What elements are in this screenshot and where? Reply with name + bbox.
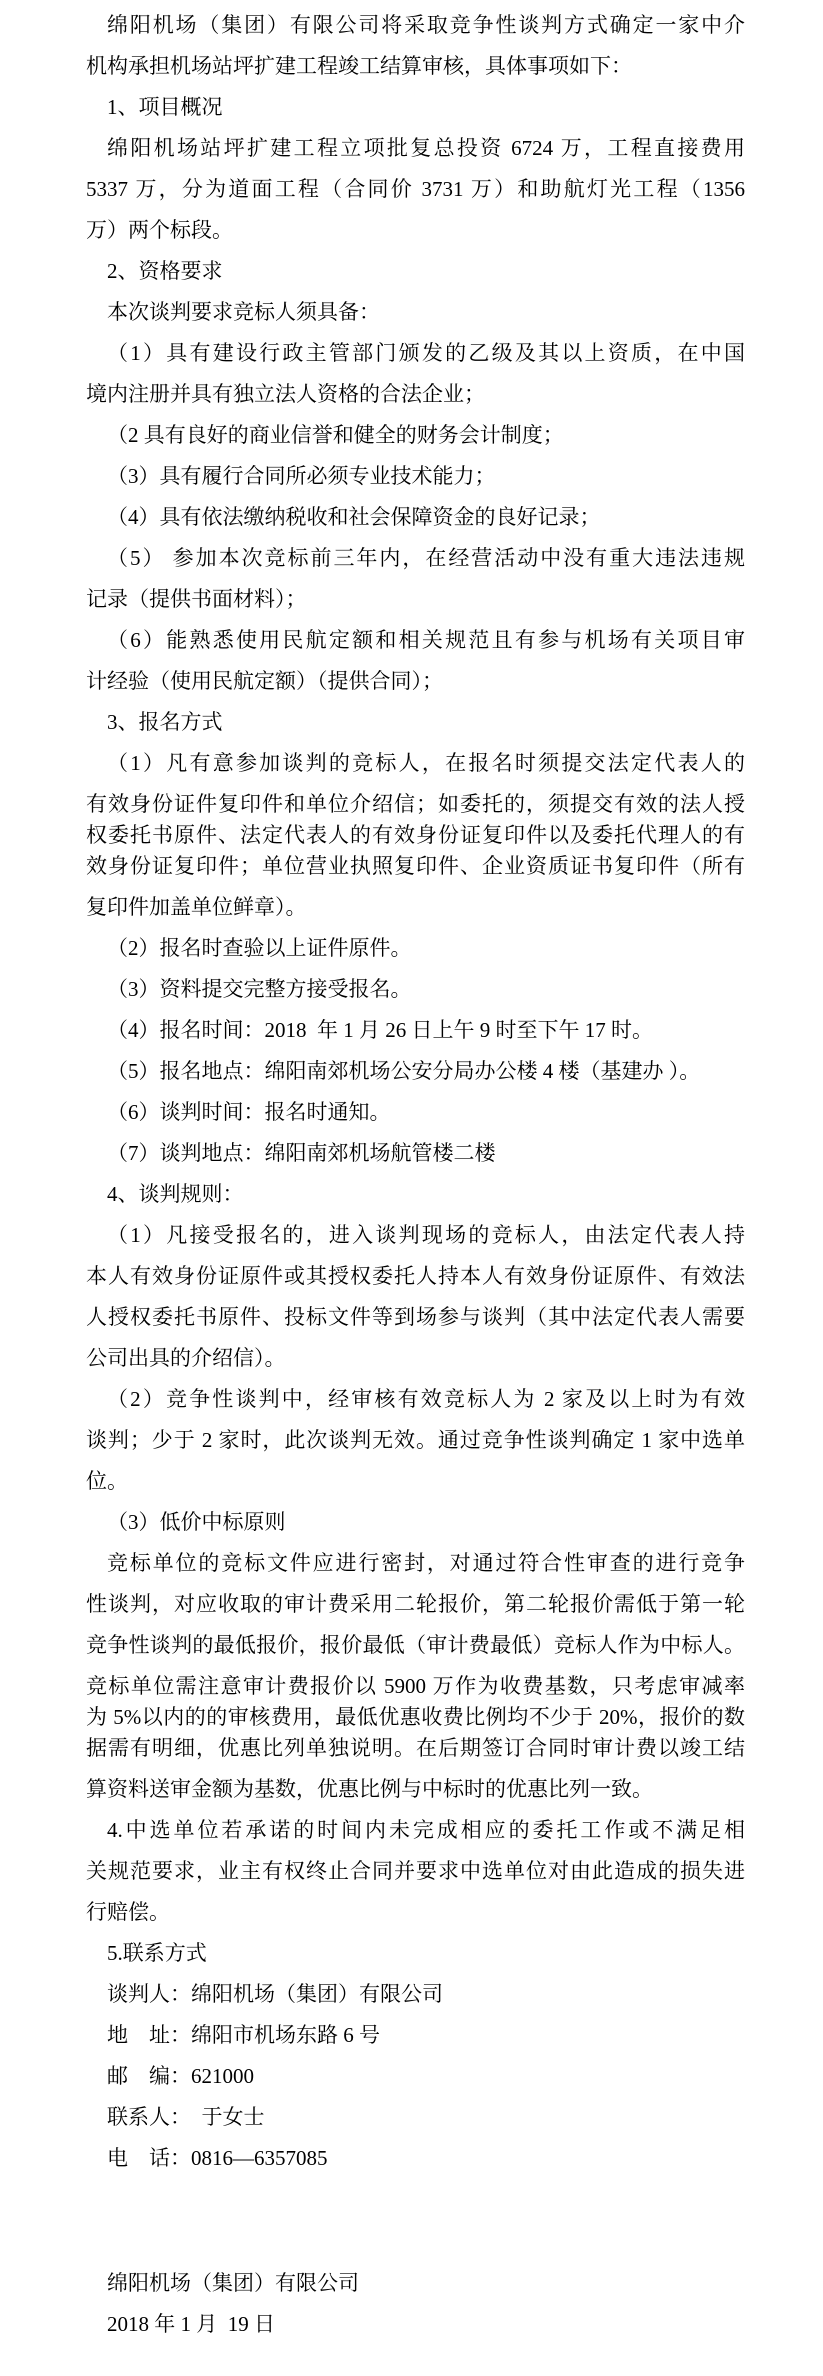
text-line: 4.中选单位若承诺的时间内未完成相应的委托工作或不满足相 [86, 1810, 745, 1851]
text-line: 绵阳机场（集团）有限公司 [86, 2263, 745, 2304]
text-line: 电 话：0816—6357085 [86, 2138, 745, 2179]
text-line: 万）两个标段。 [86, 210, 745, 251]
text-line: 谈判人：绵阳机场（集团）有限公司 [86, 1974, 745, 2015]
text-line: 绵阳机场（集团）有限公司将采取竞争性谈判方式确定一家中介 [86, 5, 745, 46]
text-line: 性谈判，对应收取的审计费采用二轮报价，第二轮报价需低于第一轮 [86, 1584, 745, 1625]
text-line: （3）低价中标原则 [86, 1502, 745, 1543]
text-line: （4）报名时间：2018 年 1 月 26 日上午 9 时至下午 17 时。 [86, 1010, 745, 1051]
text-line: 地 址：绵阳市机场东路 6 号 [86, 2015, 745, 2056]
text-line: 机构承担机场站坪扩建工程竣工结算审核，具体事项如下： [86, 46, 745, 87]
text-line: 据需有明细，优惠比列单独说明。在后期签订合同时审计费以竣工结 [86, 1728, 745, 1769]
text-line: 记录（提供书面材料）； [86, 579, 745, 620]
text-line: 3、报名方式 [86, 702, 745, 743]
text-line: 1、项目概况 [86, 87, 745, 128]
text-line: 联系人： 于女士 [86, 2097, 745, 2138]
text-line: 2、资格要求 [86, 251, 745, 292]
text-line: 公司出具的介绍信）。 [86, 1338, 745, 1379]
text-line: 4、谈判规则： [86, 1174, 745, 1215]
text-line: 2018 年 1 月 19 日 [86, 2304, 745, 2345]
text-line: （4）具有依法缴纳税收和社会保障资金的良好记录； [86, 497, 745, 538]
text-line: （3）资料提交完整方接受报名。 [86, 969, 745, 1010]
text-line: （3）具有履行合同所必须专业技术能力； [86, 456, 745, 497]
text-line: 5337 万，分为道面工程（合同价 3731 万）和助航灯光工程（1356 [86, 169, 745, 210]
text-line: （7）谈判地点：绵阳南郊机场航管楼二楼 [86, 1133, 745, 1174]
text-line: 5.联系方式 [86, 1933, 745, 1974]
text-line: 有效身份证件复印件和单位介绍信；如委托的，须提交有效的法人授 [86, 784, 745, 825]
text-line: 本次谈判要求竞标人须具备： [86, 292, 745, 333]
text-line: （2）竞争性谈判中，经审核有效竞标人为 2 家及以上时为有效 [86, 1379, 745, 1420]
text-line: 邮 编：621000 [86, 2056, 745, 2097]
text-line: 竞争性谈判的最低报价，报价最低（审计费最低）竞标人作为中标人。 [86, 1625, 745, 1666]
text-line: （2 具有良好的商业信誉和健全的财务会计制度； [86, 415, 745, 456]
text-line: 境内注册并具有独立法人资格的合法企业； [86, 374, 745, 415]
text-line: （6）能熟悉使用民航定额和相关规范且有参与机场有关项目审 [86, 620, 745, 661]
text-line: （5）报名地点：绵阳南郊机场公安分局办公楼 4 楼（基建办 ）。 [86, 1051, 745, 1092]
document-body: 绵阳机场（集团）有限公司将采取竞争性谈判方式确定一家中介机构承担机场站坪扩建工程… [0, 0, 823, 2345]
text-line: 竞标单位需注意审计费报价以 5900 万作为收费基数，只考虑审减率 [86, 1666, 745, 1707]
text-line: 效身份证复印件；单位营业执照复印件、企业资质证书复印件（所有 [86, 846, 745, 887]
text-line: 权委托书原件、法定代表人的有效身份证复印件以及委托代理人的有 [86, 825, 745, 846]
text-line: （5） 参加本次竞标前三年内，在经营活动中没有重大违法违规 [86, 538, 745, 579]
text-line: 位。 [86, 1461, 745, 1502]
text-line: （2）报名时查验以上证件原件。 [86, 928, 745, 969]
document-page: 绵阳机场（集团）有限公司将采取竞争性谈判方式确定一家中介机构承担机场站坪扩建工程… [0, 0, 823, 2376]
text-line: 谈判；少于 2 家时，此次谈判无效。通过竞争性谈判确定 1 家中选单 [86, 1420, 745, 1461]
text-line: 竞标单位的竞标文件应进行密封，对通过符合性审查的进行竞争 [86, 1543, 745, 1584]
text-line: （1）具有建设行政主管部门颁发的乙级及其以上资质，在中国 [86, 333, 745, 374]
text-line: （6）谈判时间：报名时通知。 [86, 1092, 745, 1133]
text-line: 算资料送审金额为基数，优惠比例与中标时的优惠比列一致。 [86, 1769, 745, 1810]
text-line: 计经验（使用民航定额）（提供合同）； [86, 661, 745, 702]
text-line: （1）凡接受报名的，进入谈判现场的竞标人，由法定代表人持 [86, 1215, 745, 1256]
text-line: 本人有效身份证原件或其授权委托人持本人有效身份证原件、有效法 [86, 1256, 745, 1297]
text-line: 为 5%以内的的审核费用，最低优惠收费比例均不少于 20%，报价的数 [86, 1707, 745, 1728]
text-line: 复印件加盖单位鲜章）。 [86, 887, 745, 928]
text-line: 绵阳机场站坪扩建工程立项批复总投资 6724 万，工程直接费用 [86, 128, 745, 169]
text-line: 人授权委托书原件、投标文件等到场参与谈判（其中法定代表人需要 [86, 1297, 745, 1338]
text-line: （1）凡有意参加谈判的竞标人，在报名时须提交法定代表人的 [86, 743, 745, 784]
text-line: 行赔偿。 [86, 1892, 745, 1933]
text-line: 关规范要求，业主有权终止合同并要求中选单位对由此造成的损失进 [86, 1851, 745, 1892]
